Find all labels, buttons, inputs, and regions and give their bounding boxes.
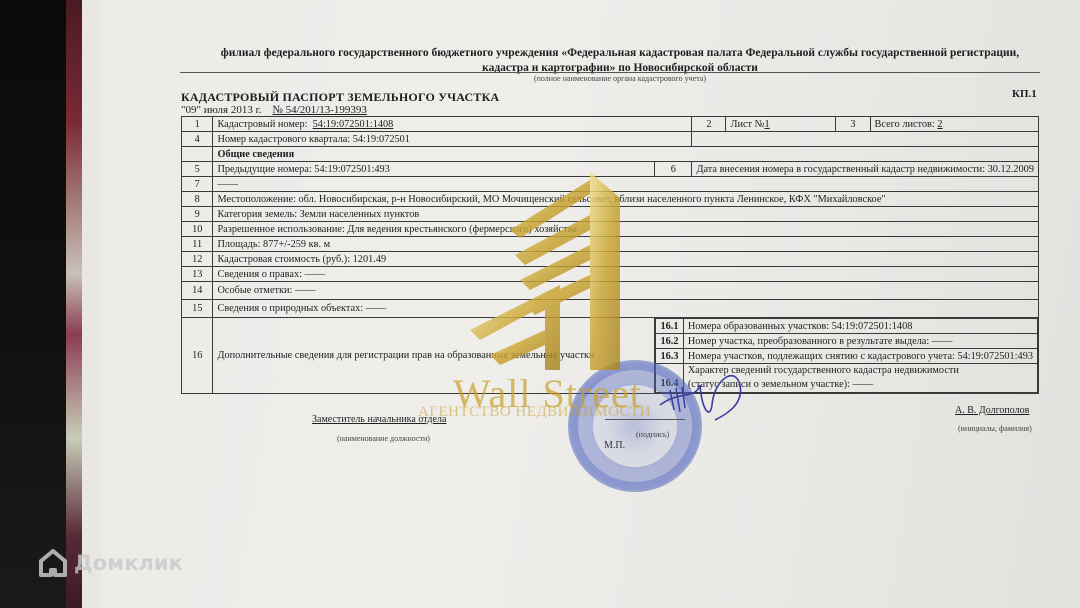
name-caption: (инициалы, фамилия) <box>958 424 1032 433</box>
form-code: КП.1 <box>1012 88 1037 100</box>
brand-name: Домклик <box>74 551 183 575</box>
sub-row: 16.1 Номера образованных участков: 54:19… <box>656 319 1038 334</box>
table-row: 1 Кадастровый номер: 54:19:072501:1408 2… <box>182 117 1039 132</box>
document-date-line: "09" июля 2013 г. № 54/201/13-199393 <box>181 104 367 116</box>
table-row: 4 Номер кадастрового квартала: 54:19:072… <box>182 132 1039 147</box>
entry-date: Дата внесения номера в государственный к… <box>692 162 1039 177</box>
cadastral-number-cell: Кадастровый номер: 54:19:072501:1408 <box>213 117 692 132</box>
house-logo-icon <box>38 548 68 578</box>
signature-caption: (подпись) <box>636 430 669 439</box>
signatory-position: Заместитель начальника отдела <box>312 414 446 425</box>
org-line-1: филиал федерального государственного бюд… <box>180 46 1060 61</box>
watermark-building-icon <box>470 170 670 370</box>
section-general: Общие сведения <box>213 147 1039 162</box>
position-caption: (наименование должности) <box>337 434 430 443</box>
row-number: 1 <box>182 117 213 132</box>
org-caption: (полное наименование органа кадастрового… <box>180 74 1060 83</box>
stamp-place-mark: М.П. <box>604 440 625 451</box>
dark-background <box>0 0 68 608</box>
document-number: № 54/201/13-199393 <box>272 104 367 116</box>
sub-row: 16.2 Номер участка, преобразованного в р… <box>656 334 1038 349</box>
table-row: Общие сведения <box>182 147 1039 162</box>
header-rule <box>180 72 1040 73</box>
document-date: "09" июля 2013 г. <box>181 104 262 116</box>
signature-line <box>605 419 685 420</box>
signatory-name: А. В. Долгополов <box>955 405 1029 416</box>
quarter-number: Номер кадастрового квартала: 54:19:07250… <box>213 132 692 147</box>
domclick-watermark: Домклик <box>38 548 183 578</box>
total-sheets-cell: Всего листов: 2 <box>870 117 1039 132</box>
sheet-number-cell: Лист №1 <box>726 117 836 132</box>
document-title: КАДАСТРОВЫЙ ПАСПОРТ ЗЕМЕЛЬНОГО УЧАСТКА <box>181 90 499 105</box>
cadastral-number: 54:19:072501:1408 <box>313 119 394 130</box>
